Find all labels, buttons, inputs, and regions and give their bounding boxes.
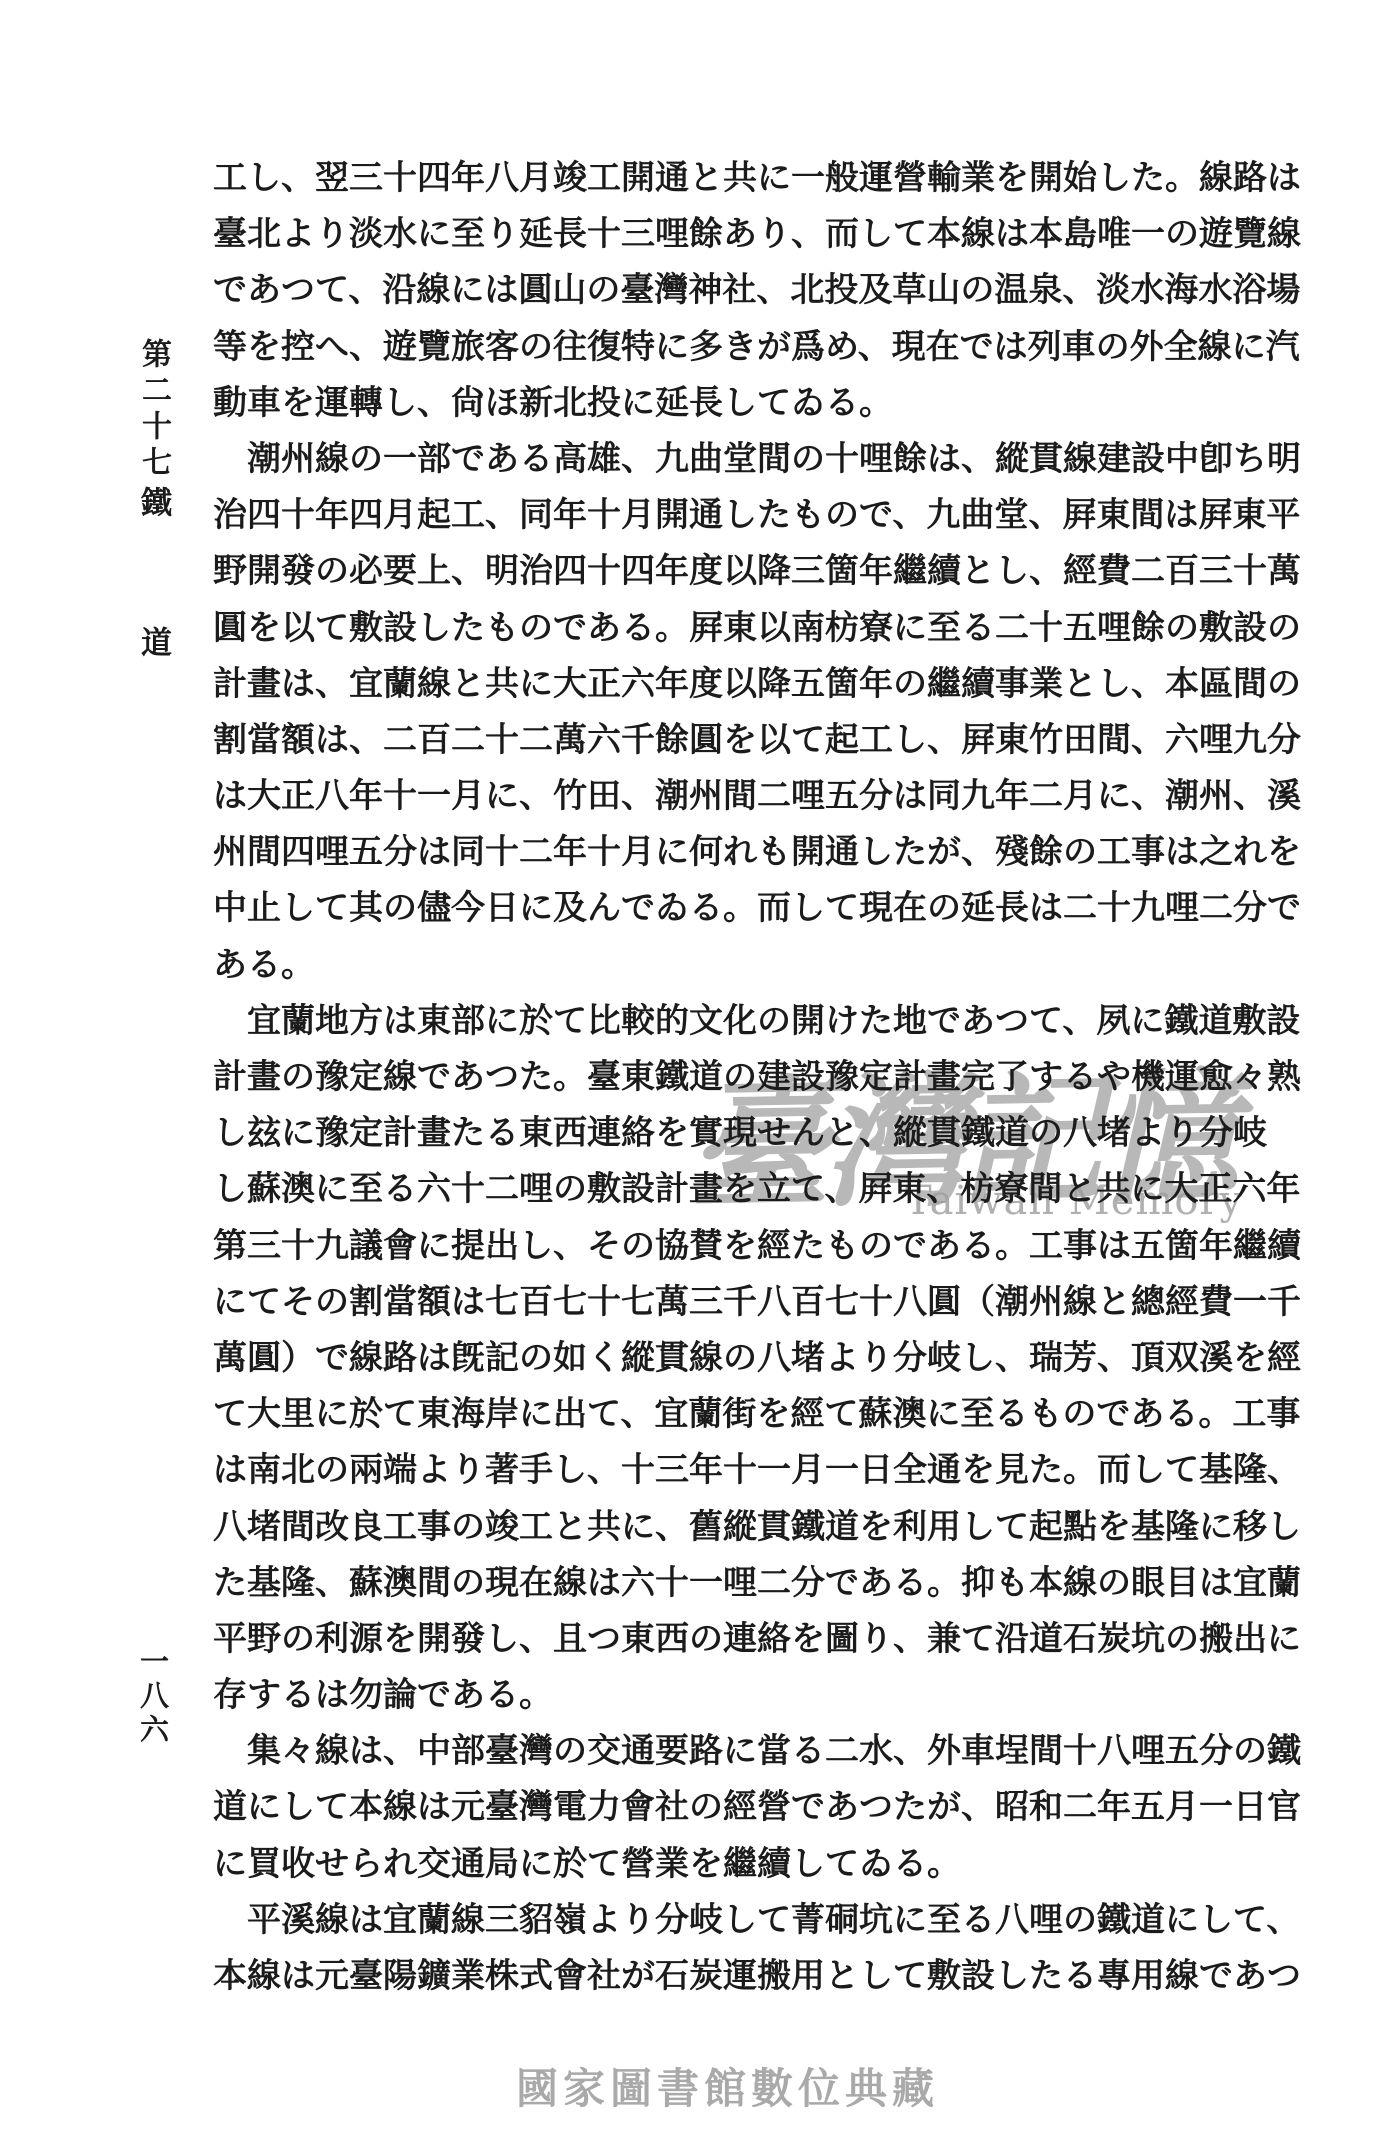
chapter-number-label: 第二十七	[131, 338, 175, 482]
body-text-line: た基隆、蘇澳間の現在線は六十一哩二分である。抑も本線の眼目は宜蘭	[213, 1555, 1308, 1611]
body-text-line: 中止して其の儘今日に及んでゐる。而して現在の延長は二十九哩二分で	[213, 880, 1308, 936]
body-text-line: 萬圓）で線路は旣記の如く縱貫線の八堵より分岐し、瑞芳、頂双溪を經	[213, 1330, 1308, 1386]
body-text-line: であつて、沿線には圓山の臺灣神社、北投及草山の温泉、淡水海水浴場	[213, 262, 1308, 318]
body-text-line: 集々線は、中部臺灣の交通要路に當る二水、外車埕間十八哩五分の鐵	[213, 1723, 1308, 1779]
body-text-line: 治四十年四月起工、同年十月開通したもので、九曲堂、屛東間は屛東平	[213, 487, 1308, 543]
body-text-line: 圓を以て敷設したものである。屛東以南枋寮に至る二十五哩餘の敷設の	[213, 600, 1308, 656]
body-text-line: 計畫の豫定線であつた。臺東鐵道の建設豫定計畫完了するや機運愈々熟	[213, 1049, 1308, 1105]
page-number: 一八六	[133, 1646, 174, 1748]
body-text-line: は南北の兩端より著手し、十三年十一月一日全通を見た。而して基隆、	[213, 1442, 1308, 1498]
body-text-line: に買收せられ交通局に於て營業を繼續してゐる。	[213, 1836, 1308, 1892]
body-text-line: 野開發の必要上、明治四十四年度以降三箇年繼續とし、經費二百三十萬	[213, 543, 1308, 599]
body-text-line: 道にして本線は元臺灣電力會社の經營であつたが、昭和二年五月一日官	[213, 1779, 1308, 1835]
body-text-line: にてその割當額は七百七十七萬三千八百七十八圓（潮州線と總經費一千	[213, 1274, 1308, 1330]
body-text-line: て大里に於て東海岸に出て、宜蘭街を經て蘇澳に至るものである。工事	[213, 1386, 1308, 1442]
body-text-line: 工し、翌三十四年八月竣工開通と共に一般運營輸業を開始した。線路は	[213, 150, 1308, 206]
body-text-line: 平野の利源を開發し、且つ東西の連絡を圖り、兼て沿道石炭坑の搬出に	[213, 1611, 1308, 1667]
body-text-line: 州間四哩五分は同十二年十月に何れも開通したが、殘餘の工事は之れを	[213, 824, 1308, 880]
body-text-line: 第三十九議會に提出し、その協賛を經たものである。工事は五箇年繼續	[213, 1218, 1308, 1274]
body-text-line: 平溪線は宜蘭線三貂嶺より分岐して菁硐坑に至る八哩の鐵道にして、	[213, 1892, 1308, 1948]
body-text-line: 動車を運轉し、尙ほ新北投に延長してゐる。	[213, 375, 1308, 431]
body-text-line: 八堵間改良工事の竣工と共に、舊縱貫鐵道を利用して起點を基隆に移し	[213, 1499, 1308, 1555]
body-text-line: し玆に豫定計畫たる東西連絡を實現せんと、縱貫鐵道の八堵より分岐	[213, 1105, 1308, 1161]
body-text-line: 宜蘭地方は東部に於て比較的文化の開けた地であつて、夙に鐵道敷設	[213, 993, 1308, 1049]
library-stamp: 國家圖書館數位典藏	[516, 2056, 939, 2116]
body-text-line: 本線は元臺陽鑛業株式會社が石炭運搬用として敷設したる專用線であつ	[213, 1948, 1308, 2004]
body-text-line: は大正八年十一月に、竹田、潮州間二哩五分は同九年二月に、潮州、溪	[213, 768, 1308, 824]
chapter-title-char: 道	[131, 626, 176, 657]
body-text-line: 存するは勿論である。	[213, 1667, 1308, 1723]
scanned-book-page: 第二十七 鐵 道 一八六 臺灣記憶 Taiwan Memory 工し、翌三十四年…	[0, 0, 1400, 2130]
body-text-block: 工し、翌三十四年八月竣工開通と共に一般運營輸業を開始した。線路は臺北より淡水に至…	[213, 150, 1308, 2004]
body-text-line: 潮州線の一部である高雄、九曲堂間の十哩餘は、縱貫線建設中卽ち明	[213, 431, 1308, 487]
body-text-line: し蘇澳に至る六十二哩の敷設計畫を立て、屛東、枋寮間と共に大正六年	[213, 1161, 1308, 1217]
body-text-line: 等を控へ、遊覽旅客の往復特に多きが爲め、現在では列車の外全線に汽	[213, 319, 1308, 375]
body-text-line: 臺北より淡水に至り延長十三哩餘あり、而して本線は本島唯一の遊覽線	[213, 206, 1308, 262]
chapter-title-char: 鐵	[131, 486, 176, 517]
body-text-line: 割當額は、二百二十二萬六千餘圓を以て起工し、屛東竹田間、六哩九分	[213, 712, 1308, 768]
body-text-line: ある。	[213, 937, 1308, 993]
body-text-line: 計畫は、宜蘭線と共に大正六年度以降五箇年の繼續事業とし、本區間の	[213, 656, 1308, 712]
